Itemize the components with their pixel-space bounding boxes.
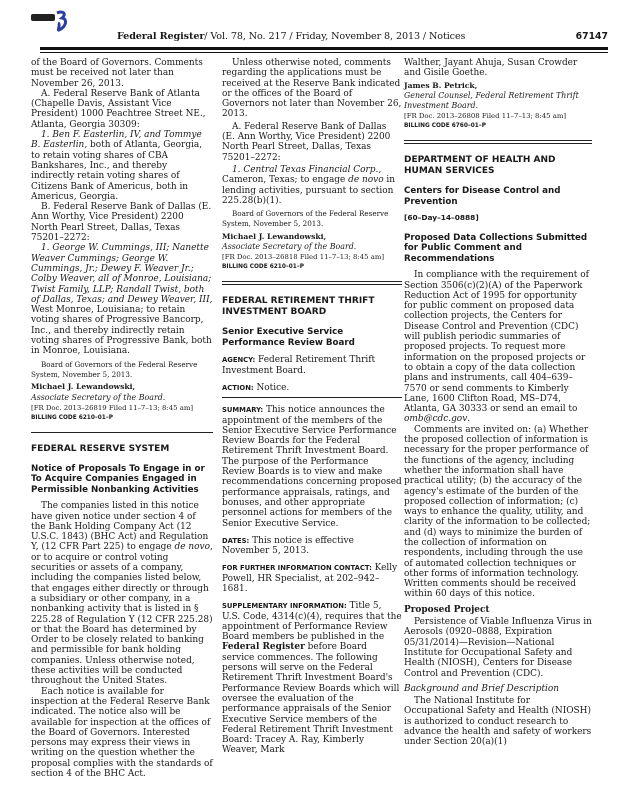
paragraph: 1. Central Texas Financial Corp., Camero… — [222, 165, 402, 206]
field-label: FOR FURTHER INFORMATION CONTACT: — [222, 564, 372, 572]
column-3: Walther, Jayant Ahuja, Susan Crowder and… — [404, 58, 592, 748]
paragraph-text: . — [467, 414, 470, 424]
email-link[interactable]: omb@cdc.gov — [404, 414, 467, 424]
paragraph: A. Federal Reserve Bank of Atlanta (Chap… — [31, 89, 213, 130]
signature-name: James B. Petrick, — [404, 81, 592, 91]
paragraph: A. Federal Reserve Bank of Dallas (E. An… — [222, 122, 402, 163]
agency-heading: FEDERAL RESERVE SYSTEM — [31, 444, 213, 455]
field-value: This notice announces the appointment of… — [222, 405, 402, 528]
applicant-names: 1. Central Texas Financial Corp., — [232, 165, 381, 175]
summary-field: SUMMARY: This notice announces the appoi… — [222, 405, 402, 529]
field-divider — [222, 397, 402, 398]
contact-field: FOR FURTHER INFORMATION CONTACT: Kelly P… — [222, 563, 402, 594]
paragraph: Persistence of Viable Influenza Virus in… — [404, 617, 592, 679]
paragraph: The companies listed in this notice have… — [31, 501, 213, 686]
paragraph: 1. George W. Cummings, III; Nanette Weav… — [31, 243, 213, 356]
paragraph: 1. Ben F. Easterlin, IV, and Tommye B. E… — [31, 130, 213, 202]
signature-board: Board of Governors of the Federal Reserv… — [31, 360, 213, 381]
signature-board: Board of Governors of the Federal Reserv… — [222, 209, 402, 230]
billing-code: BILLING CODE 6210–01–P — [222, 262, 402, 273]
field-label: SUMMARY: — [222, 406, 263, 414]
federal-register-name: Federal Register — [222, 642, 305, 652]
paragraph: Walther, Jayant Ahuja, Susan Crowder and… — [404, 58, 592, 79]
notice-subject: Senior Executive Service Performance Rev… — [222, 327, 402, 348]
billing-code: BILLING CODE 6210–01–P — [31, 413, 213, 424]
dates-field: DATES: This notice is effective November… — [222, 536, 402, 557]
field-label: DATES: — [222, 537, 249, 545]
action-field: ACTION: Notice. — [222, 383, 402, 393]
field-label: SUPPLEMENTARY INFORMATION: — [222, 602, 347, 610]
paragraph: of the Board of Governors. Comments must… — [31, 58, 213, 89]
sub-agency-heading: Centers for Disease Control and Preventi… — [404, 186, 592, 207]
header-rule — [40, 47, 608, 50]
paragraph-text: Cameron, Texas; to engage — [222, 175, 348, 185]
paragraph-text: In compliance with the requirement of Se… — [404, 270, 589, 414]
fr-doc-citation: [FR Doc. 2013–26819 Filed 11–7–13; 8:45 … — [31, 403, 213, 413]
section-divider — [31, 432, 213, 433]
agency-heading: FEDERAL RETIREMENT THRIFT INVESTMENT BOA… — [222, 296, 402, 318]
section-divider — [404, 140, 592, 144]
notice-subject: Proposed Data Collections Submitted for … — [404, 233, 592, 265]
field-value: before Board service commences. The foll… — [222, 642, 399, 755]
publication-title: Federal Register/ Vol. 78, No. 217 / Fri… — [117, 31, 465, 42]
background-heading: Background and Brief Description — [404, 684, 592, 694]
docket-number: [60–Day–14–0888] — [404, 213, 592, 223]
paragraph-italic: de novo — [175, 542, 210, 552]
page-number: 67147 — [576, 31, 608, 42]
paragraph-text: West Monroe, Louisiana; to retain voting… — [31, 305, 212, 356]
header-rule-thin — [40, 52, 608, 53]
paragraph: The National Institute for Occupational … — [404, 696, 592, 747]
billing-code: BILLING CODE 6760–01–P — [404, 121, 592, 132]
column-1: of the Board of Governors. Comments must… — [31, 58, 213, 779]
signature-role: Associate Secretary of the Board. — [31, 393, 213, 403]
signature-name: Michael J. Lewandowski, — [222, 232, 402, 242]
issue-info: / Vol. 78, No. 217 / Friday, November 8,… — [204, 31, 465, 42]
signature-role: General Counsel, Federal Retirement Thri… — [404, 91, 592, 112]
agency-field: AGENCY: Federal Retirement Thrift Invest… — [222, 355, 402, 376]
publication-name: Federal Register — [117, 31, 204, 42]
paragraph: Unless otherwise noted, comments regardi… — [222, 58, 402, 120]
paragraph-text: , or to acquire or control voting securi… — [31, 542, 213, 686]
column-2: Unless otherwise noted, comments regardi… — [222, 58, 402, 756]
fr-doc-citation: [FR Doc. 2013–26808 Filed 11–7–13; 8:45 … — [404, 111, 592, 121]
paragraph: B. Federal Reserve Bank of Dallas (E. An… — [31, 202, 213, 243]
fr-doc-citation: [FR Doc. 2013–26818 Filed 11–7–13; 8:45 … — [222, 252, 402, 262]
signature-name: Michael J. Lewandowski, — [31, 382, 213, 392]
page-header: Federal Register/ Vol. 78, No. 217 / Fri… — [40, 31, 608, 45]
section-divider — [222, 281, 402, 285]
proposed-project-heading: Proposed Project — [404, 605, 592, 615]
paragraph: Each notice is available for inspection … — [31, 687, 213, 780]
agency-heading: DEPARTMENT OF HEALTH AND HUMAN SERVICES — [404, 155, 592, 177]
field-label: AGENCY: — [222, 356, 255, 364]
paragraph: Comments are invited on: (a) Whether the… — [404, 425, 592, 600]
field-value: Notice. — [254, 383, 290, 393]
field-label: ACTION: — [222, 384, 254, 392]
applicant-names: 1. George W. Cummings, III; Nanette Weav… — [31, 243, 212, 304]
notice-subject: Notice of Proposals To Engage in or To A… — [31, 464, 213, 496]
signature-role: Associate Secretary of the Board. — [222, 242, 402, 252]
paragraph: In compliance with the requirement of Se… — [404, 270, 592, 424]
supplementary-field: SUPPLEMENTARY INFORMATION: Title 5, U.S.… — [222, 601, 402, 755]
paragraph-italic: de novo — [348, 175, 383, 185]
